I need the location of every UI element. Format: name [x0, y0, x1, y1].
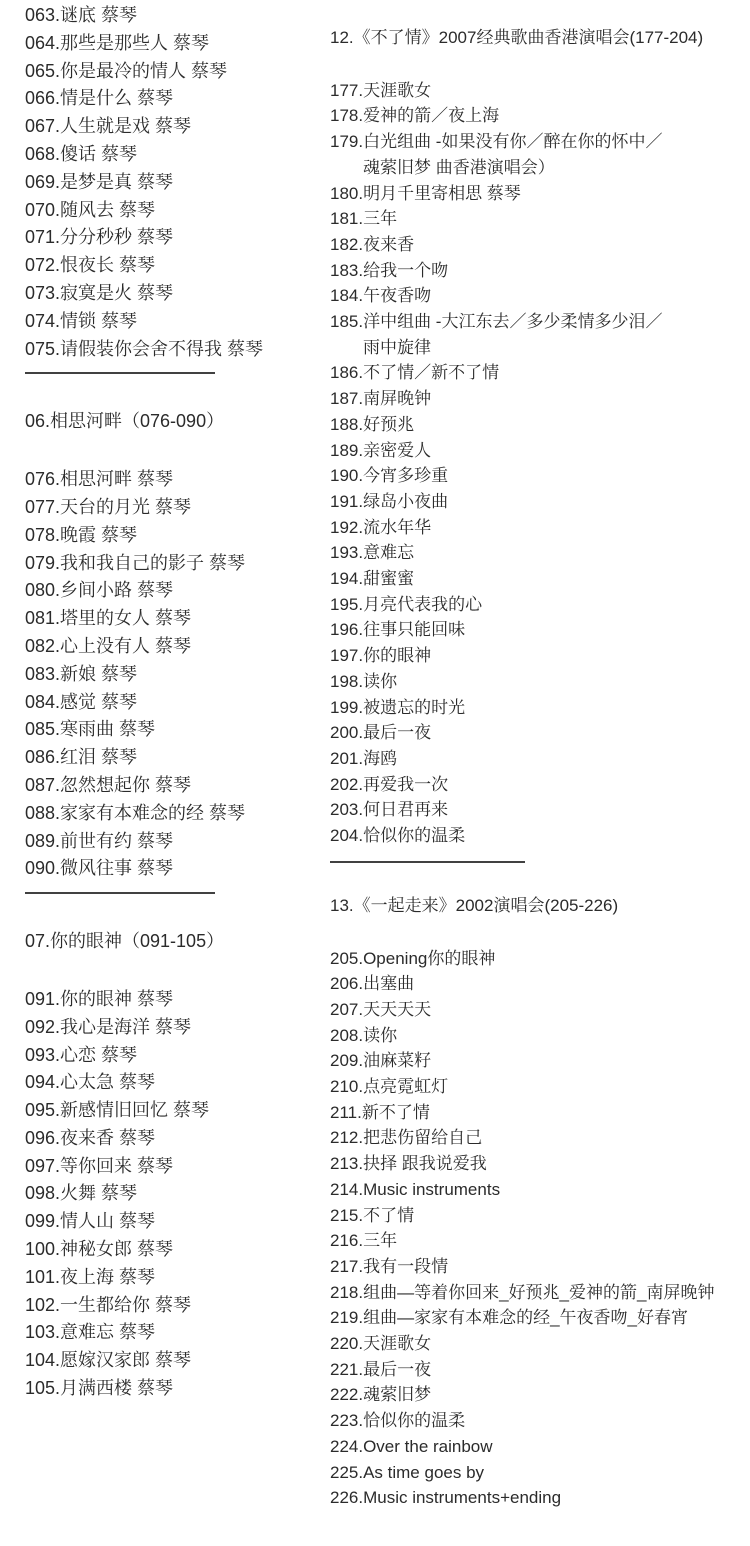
track-item: 195.月亮代表我的心 — [330, 592, 748, 618]
track-items-block: 177.天涯歌女178.爱神的箭／夜上海179.白光组曲 -如果没有你／醉在你的… — [330, 78, 748, 849]
track-item: 190.今宵多珍重 — [330, 463, 748, 489]
track-item: 207.天天天天 — [330, 997, 748, 1023]
track-item: 181.三年 — [330, 206, 748, 232]
track-item: 199.被遗忘的时光 — [330, 695, 748, 721]
track-item: 210.点亮霓虹灯 — [330, 1074, 748, 1100]
track-item: 104.愿嫁汉家郎 蔡琴 — [25, 1347, 325, 1375]
track-item: 206.出塞曲 — [330, 971, 748, 997]
track-item: 188.好预兆 — [330, 412, 748, 438]
track-item: 094.心太急 蔡琴 — [25, 1069, 325, 1097]
track-item: 079.我和我自己的影子 蔡琴 — [25, 550, 325, 578]
track-item: 224.Over the rainbow — [330, 1434, 748, 1460]
track-item: 198.读你 — [330, 669, 748, 695]
track-item: 178.爱神的箭／夜上海 — [330, 103, 748, 129]
track-item: 217.我有一段情 — [330, 1254, 748, 1280]
track-item: 214.Music instruments — [330, 1177, 748, 1203]
track-item: 088.家家有本难念的经 蔡琴 — [25, 800, 325, 828]
track-items-block: 091.你的眼神 蔡琴092.我心是海洋 蔡琴093.心恋 蔡琴094.心太急 … — [25, 986, 325, 1403]
track-item: 219.组曲—家家有本难念的经_午夜香吻_好春宵 — [330, 1305, 748, 1331]
track-item: 204.恰似你的温柔 — [330, 823, 748, 849]
track-item: 221.最后一夜 — [330, 1357, 748, 1383]
track-item: 090.微风往事 蔡琴 — [25, 855, 325, 883]
track-list-right-column: 12.《不了情》2007经典歌曲香港演唱会(177-204)177.天涯歌女17… — [330, 0, 748, 1511]
track-item: 102.一生都给你 蔡琴 — [25, 1292, 325, 1320]
track-item: 086.红泪 蔡琴 — [25, 744, 325, 772]
track-item: 105.月满西楼 蔡琴 — [25, 1375, 325, 1403]
track-item: 225.As time goes by — [330, 1460, 748, 1486]
track-item: 208.读你 — [330, 1023, 748, 1049]
track-item: 101.夜上海 蔡琴 — [25, 1264, 325, 1292]
track-item: 220.天涯歌女 — [330, 1331, 748, 1357]
track-item: 202.再爱我一次 — [330, 772, 748, 798]
track-item: 193.意难忘 — [330, 540, 748, 566]
track-item: 096.夜来香 蔡琴 — [25, 1125, 325, 1153]
track-item: 194.甜蜜蜜 — [330, 566, 748, 592]
track-item: 072.恨夜长 蔡琴 — [25, 252, 325, 280]
track-item: 087.忽然想起你 蔡琴 — [25, 772, 325, 800]
track-item: 182.夜来香 — [330, 232, 748, 258]
track-item: 226.Music instruments+ending — [330, 1485, 748, 1511]
track-item: 187.南屏晚钟 — [330, 386, 748, 412]
track-item: 209.油麻菜籽 — [330, 1048, 748, 1074]
track-item: 073.寂寞是火 蔡琴 — [25, 280, 325, 308]
track-item: 066.情是什么 蔡琴 — [25, 85, 325, 113]
track-item: 071.分分秒秒 蔡琴 — [25, 224, 325, 252]
track-item: 082.心上没有人 蔡琴 — [25, 633, 325, 661]
track-item: 093.心恋 蔡琴 — [25, 1042, 325, 1070]
section-header: 12.《不了情》2007经典歌曲香港演唱会(177-204) — [330, 25, 748, 51]
track-item: 085.寒雨曲 蔡琴 — [25, 716, 325, 744]
section-divider — [25, 892, 215, 894]
track-item: 180.明月千里寄相思 蔡琴 — [330, 181, 748, 207]
track-item: 184.午夜香吻 — [330, 283, 748, 309]
track-item: 203.何日君再来 — [330, 797, 748, 823]
track-item: 092.我心是海洋 蔡琴 — [25, 1014, 325, 1042]
track-item: 098.火舞 蔡琴 — [25, 1180, 325, 1208]
track-item: 064.那些是那些人 蔡琴 — [25, 30, 325, 58]
track-item: 067.人生就是戏 蔡琴 — [25, 113, 325, 141]
track-item-continuation: 雨中旋律 — [330, 335, 748, 361]
track-item: 179.白光组曲 -如果没有你／醉在你的怀中／ — [330, 129, 748, 155]
track-item: 218.组曲—等着你回来_好预兆_爱神的箭_南屏晚钟 — [330, 1280, 748, 1306]
track-list-left-column: 063.谜底 蔡琴064.那些是那些人 蔡琴065.你是最冷的情人 蔡琴066.… — [25, 0, 325, 1403]
track-item: 081.塔里的女人 蔡琴 — [25, 605, 325, 633]
track-items-block: 205.Opening你的眼神206.出塞曲207.天天天天208.读你209.… — [330, 946, 748, 1511]
track-item: 097.等你回来 蔡琴 — [25, 1153, 325, 1181]
track-item: 216.三年 — [330, 1228, 748, 1254]
track-item: 068.傻话 蔡琴 — [25, 141, 325, 169]
track-item: 197.你的眼神 — [330, 643, 748, 669]
track-item-continuation: 魂萦旧梦 曲香港演唱会） — [330, 155, 748, 181]
section-header: 13.《一起走来》2002演唱会(205-226) — [330, 893, 748, 919]
track-item: 089.前世有约 蔡琴 — [25, 828, 325, 856]
track-item: 177.天涯歌女 — [330, 78, 748, 104]
track-item: 183.给我一个吻 — [330, 258, 748, 284]
track-item: 065.你是最冷的情人 蔡琴 — [25, 58, 325, 86]
track-item: 200.最后一夜 — [330, 720, 748, 746]
track-item: 078.晚霞 蔡琴 — [25, 522, 325, 550]
track-item: 069.是梦是真 蔡琴 — [25, 169, 325, 197]
track-item: 080.乡间小路 蔡琴 — [25, 577, 325, 605]
track-item: 189.亲密爱人 — [330, 438, 748, 464]
track-items-block: 063.谜底 蔡琴064.那些是那些人 蔡琴065.你是最冷的情人 蔡琴066.… — [25, 2, 325, 363]
track-list-page: 063.谜底 蔡琴064.那些是那些人 蔡琴065.你是最冷的情人 蔡琴066.… — [0, 0, 750, 1546]
track-item: 213.抉择 跟我说爱我 — [330, 1151, 748, 1177]
track-item: 074.情锁 蔡琴 — [25, 308, 325, 336]
track-item: 091.你的眼神 蔡琴 — [25, 986, 325, 1014]
section-divider — [330, 861, 525, 863]
track-item: 099.情人山 蔡琴 — [25, 1208, 325, 1236]
track-item: 077.天台的月光 蔡琴 — [25, 494, 325, 522]
track-item: 191.绿岛小夜曲 — [330, 489, 748, 515]
track-item: 075.请假装你会舍不得我 蔡琴 — [25, 336, 325, 364]
track-item: 186.不了情／新不了情 — [330, 360, 748, 386]
track-item: 196.往事只能回味 — [330, 617, 748, 643]
track-item: 063.谜底 蔡琴 — [25, 2, 325, 30]
track-item: 212.把悲伤留给自己 — [330, 1125, 748, 1151]
track-item: 070.随风去 蔡琴 — [25, 197, 325, 225]
track-item: 211.新不了情 — [330, 1100, 748, 1126]
track-item: 100.神秘女郎 蔡琴 — [25, 1236, 325, 1264]
track-item: 192.流水年华 — [330, 515, 748, 541]
track-item: 205.Opening你的眼神 — [330, 946, 748, 972]
section-header: 06.相思河畔（076-090） — [25, 408, 325, 436]
track-item: 215.不了情 — [330, 1203, 748, 1229]
track-item: 222.魂萦旧梦 — [330, 1382, 748, 1408]
track-item: 103.意难忘 蔡琴 — [25, 1319, 325, 1347]
track-item: 185.洋中组曲 -大江东去／多少柔情多少泪／ — [330, 309, 748, 335]
track-items-block: 076.相思河畔 蔡琴077.天台的月光 蔡琴078.晚霞 蔡琴079.我和我自… — [25, 466, 325, 883]
track-item: 076.相思河畔 蔡琴 — [25, 466, 325, 494]
track-item: 201.海鸥 — [330, 746, 748, 772]
track-item: 095.新感情旧回忆 蔡琴 — [25, 1097, 325, 1125]
track-item: 083.新娘 蔡琴 — [25, 661, 325, 689]
track-item: 084.感觉 蔡琴 — [25, 689, 325, 717]
section-divider — [25, 372, 215, 374]
section-header: 07.你的眼神（091-105） — [25, 928, 325, 956]
track-item: 223.恰似你的温柔 — [330, 1408, 748, 1434]
